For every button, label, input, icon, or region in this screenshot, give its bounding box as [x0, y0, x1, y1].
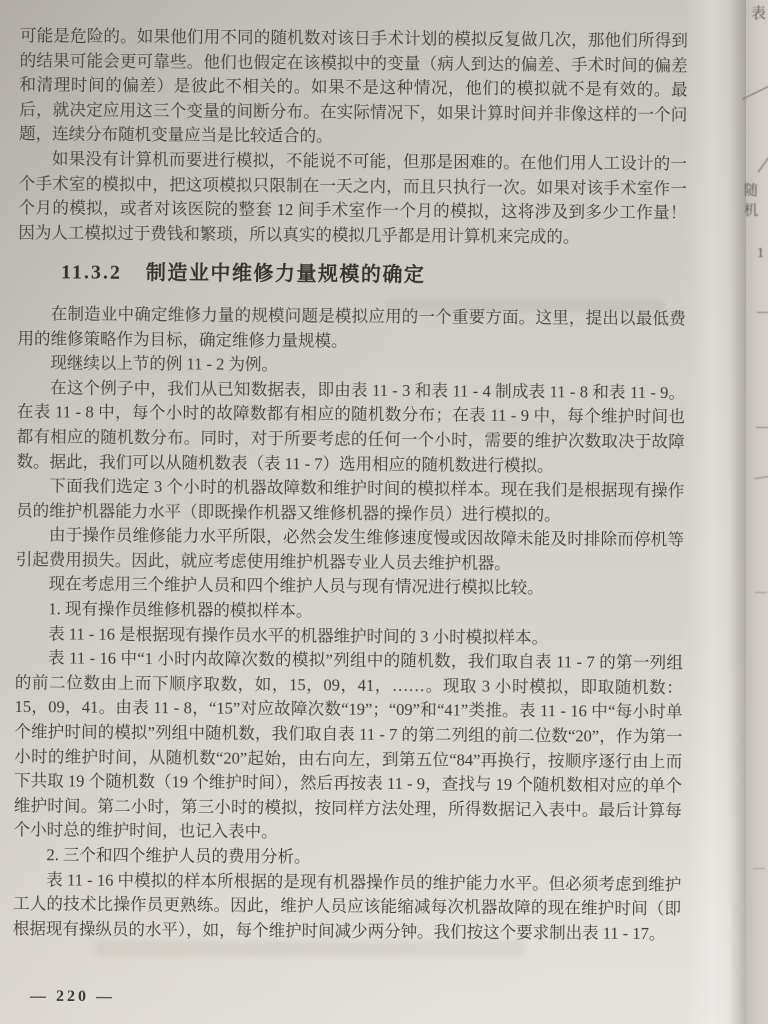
continued-paragraph: 可能是危险的。如果他们用不同的随机数对该日手术计划的模拟反复做几次，那他们所得到…	[19, 24, 688, 152]
body-paragraph: 在这个例子中，我们从已知数据表，即由表 11 - 3 和表 11 - 4 制成表…	[16, 376, 685, 480]
facing-page-table-rule	[758, 144, 768, 172]
facing-page-fragments: 表 随机 1	[735, 0, 768, 1024]
facing-page-table-rule	[754, 476, 768, 479]
body-paragraph: 下面我们选定 3 个小时的机器故障数和维护时间的模拟样本。现在我们是根据现有操作…	[16, 474, 684, 528]
facing-page-table-caption-fragment: 表	[751, 2, 766, 23]
body-paragraph: 表 11 - 16 中模拟的样本所根据的是现有机器操作员的维护能力水平。但必须考…	[13, 868, 682, 947]
page-number-footer: — 220 —	[30, 988, 115, 1007]
page-text-column: 可能是危险的。如果他们用不同的随机数对该日手术计划的模拟反复做几次，那他们所得到…	[12, 24, 688, 987]
facing-page-table-rule	[742, 85, 768, 99]
section-heading: 11.3.2制造业中维修力量规模的确定	[61, 261, 686, 291]
body-paragraph: 如果没有计算机而要进行模拟，不能说不可能，但那是困难的。在他们用人工设计的一个手…	[18, 147, 687, 251]
facing-page-column-label-fragment: 随机	[744, 180, 768, 220]
facing-page-table-rule	[757, 312, 768, 313]
facing-page-table-rule	[755, 592, 767, 593]
book-page-photo: 可能是危险的。如果他们用不同的随机数对该日手术计划的模拟反复做几次，那他们所得到…	[0, 0, 768, 1024]
facing-page-table-rule	[753, 868, 765, 869]
body-paragraph: 在制造业中确定维修力量的规模问题是模拟应用的一个重要方面。这里，提出以最低费用的…	[17, 302, 685, 356]
body-paragraph: 表 11 - 16 中“1 小时内故障次数的模拟”列组中的随机数，我们取自表 1…	[14, 646, 684, 848]
section-number: 11.3.2	[61, 262, 122, 284]
facing-page-cell-value-fragment: 1	[757, 246, 764, 262]
section-title: 制造业中维修力量规模的确定	[146, 262, 426, 286]
body-paragraph: 由于操作员维修能力水平所限，必然会发生维修速度慢或因故障未能及时排除而停机等引起…	[16, 523, 684, 577]
facing-page-table-rule	[756, 427, 768, 428]
